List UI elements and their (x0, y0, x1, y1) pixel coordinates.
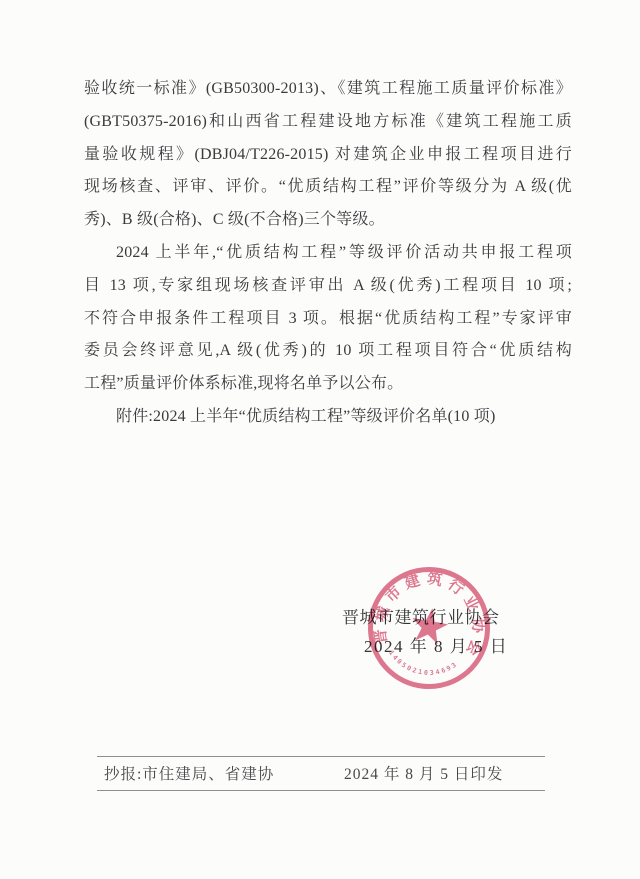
body-line: 工程”质量评价体系标准,现将名单予以公布。 (84, 368, 572, 401)
body-line: 2024 上半年,“优质结构工程”等级评价活动共申报工程项 (84, 237, 572, 270)
footer-rule-top (97, 756, 545, 757)
body-line: (GBT50375-2016)和山西省工程建设地方标准《建筑工程施工质 (84, 106, 572, 139)
official-seal: 晋城市建筑行业协会 1405021034693 (351, 550, 506, 705)
attachment-line: 附件:2024 上半年“优质结构工程”等级评价名单(10 项) (84, 401, 572, 434)
body-line: 不符合申报条件工程项目 3 项。根据“优质结构工程”专家评审 (84, 303, 572, 336)
footer-rule-bottom (97, 790, 545, 791)
body-line: 委员会终评意见,A 级(优秀)的 10 项工程项目符合“优质结构 (84, 335, 572, 368)
footer-print-date: 2024 年 8 月 5 日印发 (344, 762, 503, 784)
body-text-block: 验收统一标准》(GB50300-2013)、《建筑工程施工质量评价标准》 (GB… (84, 73, 572, 434)
body-line: 现场核查、评审、评价。“优质结构工程”评价等级分为 A 级(优 (84, 171, 572, 204)
body-line: 目 13 项,专家组现场核查评审出 A 级(优秀)工程项目 10 项; (84, 270, 572, 303)
body-line: 量验收规程》(DBJ04/T226-2015) 对建筑企业申报工程项目进行 (84, 139, 572, 172)
footer-copy-to: 抄报:市住建局、省建协 (104, 762, 274, 784)
document-page: 验收统一标准》(GB50300-2013)、《建筑工程施工质量评价标准》 (GB… (0, 0, 640, 879)
seal-star-icon (409, 605, 451, 645)
body-line: 验收统一标准》(GB50300-2013)、《建筑工程施工质量评价标准》 (84, 73, 572, 106)
body-line: 秀)、B 级(合格)、C 级(不合格)三个等级。 (84, 204, 572, 237)
